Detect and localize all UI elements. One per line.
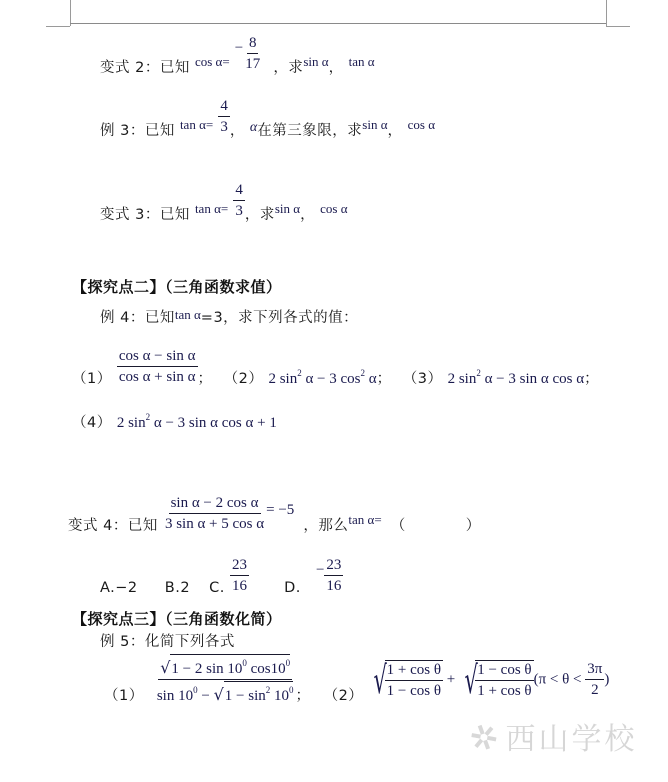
numerator: 1 + cos θ [385, 661, 443, 681]
expr-part: 1 − sin [225, 688, 266, 704]
expr-part: 10 [270, 688, 289, 704]
text-seek: ，求 [245, 207, 275, 223]
numerator: 23 [230, 556, 249, 576]
negative-sign: − [235, 40, 243, 56]
expr-part: 2 sin [117, 415, 146, 431]
denominator: 16 [324, 576, 343, 595]
option-a-value: −2 [115, 580, 137, 596]
negative-sign: − [316, 562, 324, 578]
numerator: 4 [218, 97, 230, 117]
item-2-expression: 2 sin2 α − 3 cos2 α [268, 371, 376, 387]
variant-3-line: 变式 3：已知 tan α= 43，求sin α， cos α [100, 181, 348, 224]
item-2-number: （2） [324, 688, 364, 704]
example-5-items: （1） √1 − 2 sin 100 cos100 sin 100 − √1 −… [104, 654, 609, 705]
sin-alpha: sin α [275, 201, 300, 216]
option-d-label: D. [284, 580, 301, 596]
example-4-label: 例 4：已知 [100, 310, 175, 326]
expr-part: − [198, 688, 214, 704]
option-c-label: C. [209, 580, 225, 596]
section-2-heading: 【探究点二】（三角函数求值） [72, 276, 282, 297]
numerator: 23 [324, 556, 343, 576]
numerator: 1 − cos θ [475, 661, 533, 681]
comma: ， [230, 123, 245, 139]
option-b-value: 2 [180, 580, 190, 596]
tan-alpha: tan α [348, 512, 374, 527]
expr-part: α − 3 cos [302, 371, 361, 387]
quadrant-condition: 在第三象限，求 [257, 123, 362, 139]
example-4-line: 例 4：已知tan α=3，求下列各式的值： [100, 306, 358, 327]
sin-alpha: sin α [362, 117, 387, 132]
tan-alpha: tan α [349, 54, 375, 69]
expr-part: α − 3 sin α cos α + 1 [150, 415, 277, 431]
page-corner-mark-right-vertical [606, 0, 607, 26]
page-corner-mark-right-horizontal [606, 26, 630, 27]
variant-2-lhs: cos α [195, 54, 222, 69]
cos-alpha: cos α [320, 201, 347, 216]
sqrt-icon: √ [374, 661, 387, 699]
equals-sign: = [374, 512, 381, 527]
variant-4-label: 变式 4：已知 [68, 518, 158, 534]
tan-alpha: tan α [175, 307, 201, 322]
option-d-fraction: 2316 [324, 556, 343, 595]
text-seek: ，求 [273, 60, 303, 76]
denominator: 17 [243, 54, 262, 73]
option-b[interactable]: B.2 [165, 577, 190, 596]
radicand-fraction-1: 1 + cos θ1 − cos θ [385, 660, 443, 700]
sqrt-icon: √ [160, 658, 170, 677]
option-a-label: A. [100, 580, 115, 596]
separator: ， [300, 207, 315, 223]
sqrt-icon: √ [464, 661, 477, 699]
radicand: 1 − sin2 100 [224, 681, 294, 704]
denominator: 1 + cos θ [475, 681, 533, 700]
option-c[interactable]: C. 2316 [209, 556, 249, 596]
denominator: 3 [218, 117, 230, 136]
numerator: 3π [585, 660, 604, 680]
watermark-text: 西山学校 [506, 722, 638, 757]
condition-fraction: 3π2 [585, 660, 604, 699]
equals-sign: = [206, 117, 213, 132]
item-1-number: （1） [104, 688, 144, 704]
option-d[interactable]: D. −2316 [284, 556, 343, 596]
fraction-4-3: 43 [218, 97, 230, 136]
example-5-label: 例 5：化简下列各式 [100, 630, 235, 651]
condition-open: (π < θ < [534, 671, 582, 687]
radicand-fraction-2: 1 − cos θ1 + cos θ [475, 660, 533, 700]
semicolon: ； [584, 371, 599, 387]
expr-part: 1 − 2 sin 10 [171, 661, 242, 677]
semicolon: ； [295, 688, 310, 704]
section-3-heading: 【探究点三】（三角函数化简） [72, 608, 282, 629]
tan-alpha: tan α [180, 117, 206, 132]
semicolon: ； [377, 371, 392, 387]
expr-part: α [365, 371, 377, 387]
given-value: =3，求下列各式的值： [201, 310, 358, 326]
page-corner-mark-left-horizontal [46, 26, 70, 27]
item-3-number: （3） [403, 371, 443, 387]
expr-part: cos10 [247, 661, 286, 677]
item-2-number: （2） [224, 371, 264, 387]
example-3-label: 例 3：已知 [100, 123, 175, 139]
header-rule [70, 23, 606, 24]
degree: 0 [286, 658, 291, 668]
answer-blank[interactable]: （ ） [391, 518, 481, 534]
equals-neg-5: = −5 [266, 502, 294, 518]
option-b-label: B. [165, 580, 181, 596]
tan-alpha: tan α [195, 201, 221, 216]
expr-part: 2 sin [268, 371, 297, 387]
option-c-fraction: 2316 [230, 556, 249, 595]
item-3-expression: 2 sin2 α − 3 sin α cos α [448, 371, 585, 387]
cos-alpha: cos α [408, 117, 435, 132]
equals-sign: = [222, 54, 229, 69]
item-1-fraction: cos α − sin αcos α + sin α [117, 347, 198, 386]
denominator: cos α + sin α [117, 367, 198, 386]
semicolon: ； [198, 371, 213, 387]
denominator: 3 sin α + 5 cos α [163, 514, 266, 533]
separator: ， [329, 60, 344, 76]
expr-part: α − 3 sin α cos α [481, 371, 584, 387]
sin-alpha: sin α [303, 54, 328, 69]
item-1-number: （1） [72, 371, 112, 387]
numerator: 4 [233, 181, 245, 201]
example-4-items-row-1: （1） cos α − sin αcos α + sin α； （2） 2 si… [72, 347, 599, 388]
sqrt-icon: √ [214, 685, 224, 704]
variant-4-line: 变式 4：已知 sin α − 2 cos α3 sin α + 5 cos α… [68, 494, 481, 535]
example-4-items-row-2: （4） 2 sin2 α − 3 sin α cos α + 1 [72, 411, 277, 432]
example-3-line: 例 3：已知 tan α= 43， α在第三象限，求sin α， cos α [100, 97, 435, 140]
fraction-4-3: 43 [233, 181, 245, 220]
variant-4-options: A.−2 B.2 C. 2316 D. −2316 [100, 556, 343, 596]
numerator: 8 [247, 34, 259, 54]
separator: ， [388, 123, 403, 139]
plus-sign: + [447, 671, 455, 687]
variant-2-label: 变式 2：已知 [100, 60, 190, 76]
denominator: sin 100 − √1 − sin2 100 [155, 680, 296, 705]
denominator: 2 [589, 680, 601, 699]
star-logo-icon: ✲ [464, 714, 507, 762]
radicand: 1 − 2 sin 100 cos100 [170, 654, 290, 677]
degree: 0 [289, 685, 294, 695]
variant-2-line: 变式 2：已知 cos α= −817 ，求sin α， tan α [100, 34, 375, 77]
denominator: 16 [230, 576, 249, 595]
condition-close: ) [604, 671, 609, 687]
item-1-fraction: √1 − 2 sin 100 cos100 sin 100 − √1 − sin… [155, 654, 296, 705]
variant-4-fraction: sin α − 2 cos α3 sin α + 5 cos α [163, 494, 266, 533]
denominator: 1 − cos θ [385, 681, 443, 700]
variant-3-label: 变式 3：已知 [100, 207, 190, 223]
text-then: ，那么 [303, 518, 348, 534]
expr-part: sin 10 [157, 688, 193, 704]
fraction-8-17: 817 [243, 34, 262, 73]
denominator: 3 [233, 201, 245, 220]
equals-sign: = [221, 201, 228, 216]
item-2-expression: √1 + cos θ1 − cos θ + √1 − cos θ1 + cos … [368, 660, 609, 700]
watermark: ✲西山学校 [470, 714, 638, 758]
item-4-expression: 2 sin2 α − 3 sin α cos α + 1 [117, 415, 277, 431]
expr-part: 2 sin [448, 371, 477, 387]
numerator: √1 − 2 sin 100 cos100 [158, 654, 292, 680]
option-a[interactable]: A.−2 [100, 577, 138, 596]
item-4-number: （4） [72, 415, 112, 431]
numerator: cos α − sin α [117, 347, 198, 367]
numerator: sin α − 2 cos α [169, 494, 261, 514]
